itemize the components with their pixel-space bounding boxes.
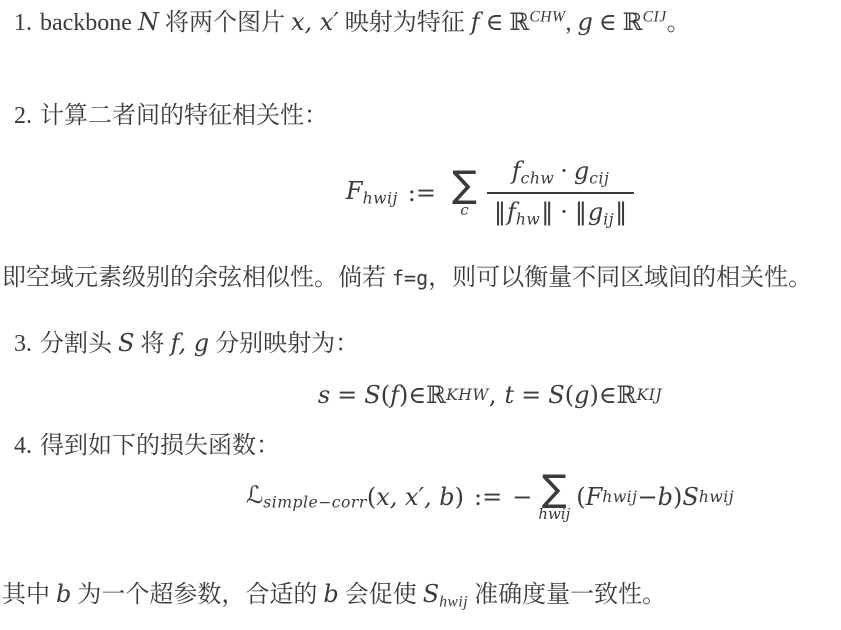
text-run: 分割头 — [40, 331, 118, 357]
subscript: chw — [521, 170, 555, 188]
math-var: f — [471, 8, 480, 36]
norm-bars: ‖ — [541, 198, 553, 226]
superscript: KHW — [446, 386, 489, 404]
math-var: x, x′, b — [376, 483, 454, 511]
paren: ( — [576, 483, 585, 511]
list-item-2: 2.计算二者间的特征相关性： — [14, 100, 328, 132]
list-item-3: 3.分割头 S 将 f, g 分别映射为： — [14, 327, 359, 360]
item-number: 4. — [14, 433, 32, 459]
subscript: simple−corr — [263, 494, 367, 512]
sum-operator: ∑ hwij — [538, 471, 570, 523]
text-run: 映射为特征 — [339, 10, 471, 36]
equals-operator: = — [337, 381, 357, 409]
sigma-symbol: ∑ — [452, 167, 477, 202]
math-var: S — [423, 580, 439, 608]
math-var: F — [346, 177, 363, 205]
sigma-symbol: ∑ — [542, 471, 567, 506]
superscript: CIJ — [643, 8, 667, 25]
blackboard-r: ℝ — [509, 10, 529, 36]
sum-operator: ∑ c — [452, 167, 477, 219]
text-run: 计算二者间的特征相关性： — [40, 103, 328, 129]
paren: ( — [367, 483, 376, 511]
cdot-operator: · — [560, 157, 568, 185]
math-var: g — [588, 198, 603, 226]
assign-operator: := — [408, 179, 436, 207]
inline-code: f=g — [392, 266, 428, 290]
text-run: 得到如下的损失函数： — [40, 433, 280, 459]
norm-bars: ‖ — [575, 198, 587, 226]
paragraph-cosine: 即空域元素级别的余弦相似性。倘若 f=g，则可以衡量不同区域间的相关性。 — [2, 262, 812, 294]
math-var: f — [507, 198, 516, 226]
math-var: x, x′ — [291, 8, 339, 36]
subscript: cij — [589, 170, 609, 188]
text-run: 将 — [134, 331, 170, 357]
math-var: f, g — [170, 329, 209, 357]
paragraph-hyperparameter: 其中 b 为一个超参数，合适的 b 会促使 Shwij 准确度量一致性。 — [2, 578, 666, 613]
norm-bars: ‖ — [615, 198, 627, 226]
fraction: fchw·gcij ‖fhw‖·‖gij‖ — [487, 157, 634, 228]
sum-lower-limit: c — [460, 202, 468, 219]
math-var: s — [318, 381, 330, 409]
paren: ) — [673, 483, 682, 511]
paren: ( — [565, 381, 574, 409]
script-n-symbol: N — [138, 8, 159, 36]
paren: ) — [399, 381, 408, 409]
paren: ( — [381, 381, 390, 409]
document: 1.backbone N 将两个图片 x, x′ 映射为特征 f ∈ ℝCHW,… — [0, 0, 841, 630]
math-var: b — [56, 580, 71, 608]
subscript: hwij — [699, 488, 734, 506]
assign-operator: := — [474, 483, 502, 511]
comma: , — [489, 381, 497, 409]
item-number: 2. — [14, 103, 32, 129]
sum-lower-limit: hwij — [538, 506, 570, 523]
fraction-numerator: fchw·gcij — [487, 157, 634, 192]
formula-correlation: Fhwij := ∑ c fchw·gcij ‖fhw‖·‖gij‖ — [346, 157, 634, 228]
formula-segmentation: s=S(f) ∈ ℝKHW, t=S(g) ∈ ℝKIJ — [318, 381, 662, 409]
in-symbol: ∈ — [480, 10, 510, 36]
text-run: 分别映射为： — [209, 331, 359, 357]
math-var: g — [574, 381, 589, 409]
in-symbol: ∈ — [599, 381, 617, 409]
text-run: 将两个图片 — [159, 10, 291, 36]
cdot-operator: · — [560, 198, 568, 226]
blackboard-r: ℝ — [426, 381, 446, 409]
list-item-4: 4.得到如下的损失函数： — [14, 430, 280, 462]
norm-bars: ‖ — [494, 198, 506, 226]
fraction-denominator: ‖fhw‖·‖gij‖ — [487, 192, 634, 229]
blackboard-r: ℝ — [623, 10, 643, 36]
text-run: 会促使 — [339, 582, 423, 608]
formula-lhs: Fhwij — [346, 177, 398, 208]
script-l-symbol: ℒ — [246, 481, 263, 509]
text-run: 即空域元素级别的余弦相似性。倘若 — [2, 265, 392, 291]
script-s-symbol: S — [364, 381, 380, 409]
math-var: b — [323, 580, 338, 608]
subscript: ij — [603, 210, 614, 228]
formula-loss: ℒsimple−corr (x, x′, b) := − ∑ hwij (Fhw… — [246, 471, 734, 523]
subscript: hw — [516, 210, 540, 228]
equals-operator: = — [521, 381, 541, 409]
math-var: g — [574, 157, 589, 185]
math-var: S — [682, 483, 698, 511]
superscript: CHW — [529, 8, 565, 25]
item-number: 1. — [14, 10, 32, 36]
minus-operator: − — [638, 483, 658, 511]
text-run: ，则可以衡量不同区域间的相关性。 — [428, 265, 812, 291]
list-item-1: 1.backbone N 将两个图片 x, x′ 映射为特征 f ∈ ℝCHW,… — [14, 6, 691, 39]
math-var: f — [390, 381, 399, 409]
in-symbol: ∈ — [593, 10, 623, 36]
paren: ) — [455, 483, 464, 511]
subscript: hwij — [363, 190, 398, 208]
math-var: f — [512, 157, 521, 185]
subscript: hwij — [602, 488, 637, 506]
math-var: F — [586, 483, 603, 511]
paren: ) — [589, 381, 598, 409]
text-run: 。 — [667, 10, 691, 36]
text-run: , — [566, 10, 578, 36]
subscript: hwij — [439, 594, 468, 611]
minus-operator: − — [512, 483, 532, 511]
script-s-symbol: S — [118, 329, 134, 357]
blackboard-r: ℝ — [617, 381, 637, 409]
text-run: 其中 — [2, 582, 56, 608]
math-var: t — [505, 381, 515, 409]
loss-symbol-group: ℒsimple−corr — [246, 481, 367, 512]
text-run: 为一个超参数，合适的 — [71, 582, 323, 608]
script-s-symbol: S — [548, 381, 564, 409]
text-run: 准确度量一致性。 — [468, 582, 666, 608]
item-number: 3. — [14, 331, 32, 357]
in-symbol: ∈ — [408, 381, 426, 409]
superscript: KIJ — [637, 386, 663, 404]
text-run: backbone — [40, 10, 138, 36]
math-var: g — [578, 8, 593, 36]
math-var: b — [658, 483, 673, 511]
